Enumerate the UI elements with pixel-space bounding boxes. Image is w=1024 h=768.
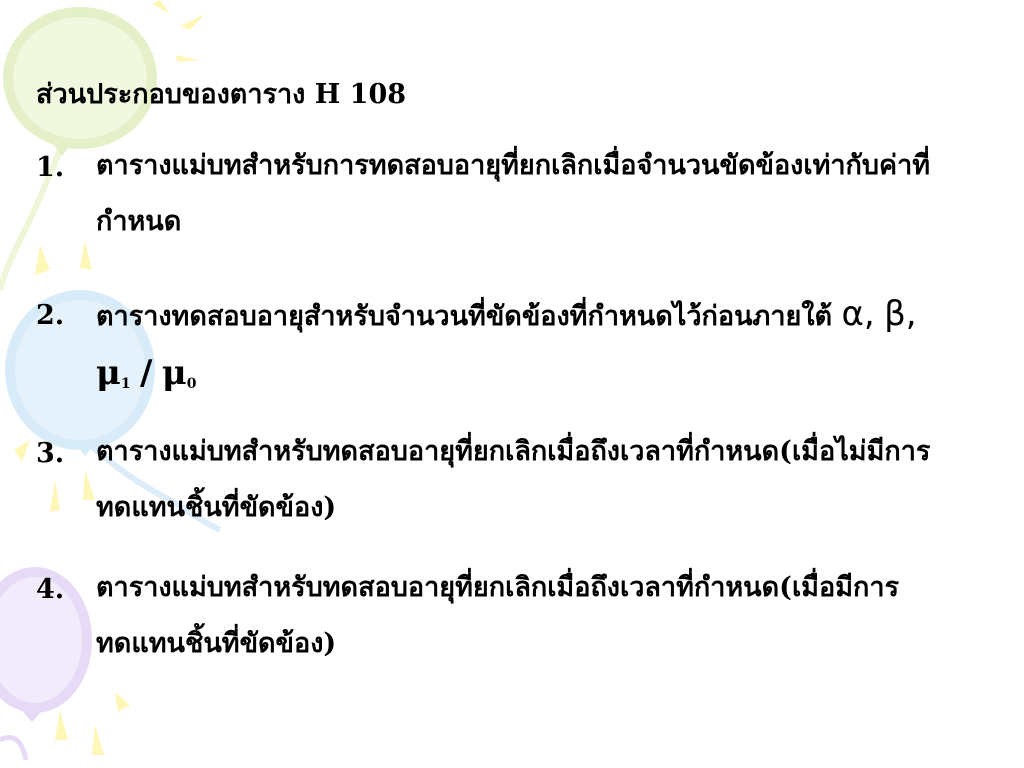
item-number: 2. bbox=[36, 300, 96, 331]
slash-symbol: / bbox=[140, 353, 152, 393]
mu-symbol: μ bbox=[96, 353, 121, 393]
item-text-line: ทดแทนชิ้นที่ขัดข้อง) bbox=[96, 616, 986, 672]
slide-title: ส่วนประกอบของตาราง H 108 bbox=[36, 72, 406, 115]
item-text-line: ตารางแม่บทสำหรับทดสอบอายุที่ยกเลิกเมื่อถ… bbox=[96, 424, 986, 480]
item-number: 1. bbox=[36, 152, 96, 183]
alpha-symbol: α, bbox=[841, 294, 874, 334]
item-number: 3. bbox=[36, 438, 96, 469]
slide-content: ส่วนประกอบของตาราง H 108 1. ตารางแม่บทสำ… bbox=[0, 0, 1024, 768]
item-text-line: ตารางแม่บทสำหรับการทดสอบอายุที่ยกเลิกเมื… bbox=[96, 138, 986, 194]
item-text-line: กำหนด bbox=[96, 194, 986, 250]
item-text-line: ตารางทดสอบอายุสำหรับจำนวนที่ขัดข้องที่กำ… bbox=[96, 301, 832, 332]
item-text-line: ทดแทนชิ้นที่ขัดข้อง) bbox=[96, 480, 986, 536]
subscript-1: 1 bbox=[121, 376, 131, 392]
item-number: 4. bbox=[36, 574, 96, 605]
item-text-line: ตารางแม่บทสำหรับทดสอบอายุที่ยกเลิกเมื่อถ… bbox=[96, 560, 986, 616]
mu-symbol: μ bbox=[162, 353, 187, 393]
beta-symbol: β, bbox=[884, 294, 917, 334]
subscript-0: 0 bbox=[187, 376, 197, 392]
